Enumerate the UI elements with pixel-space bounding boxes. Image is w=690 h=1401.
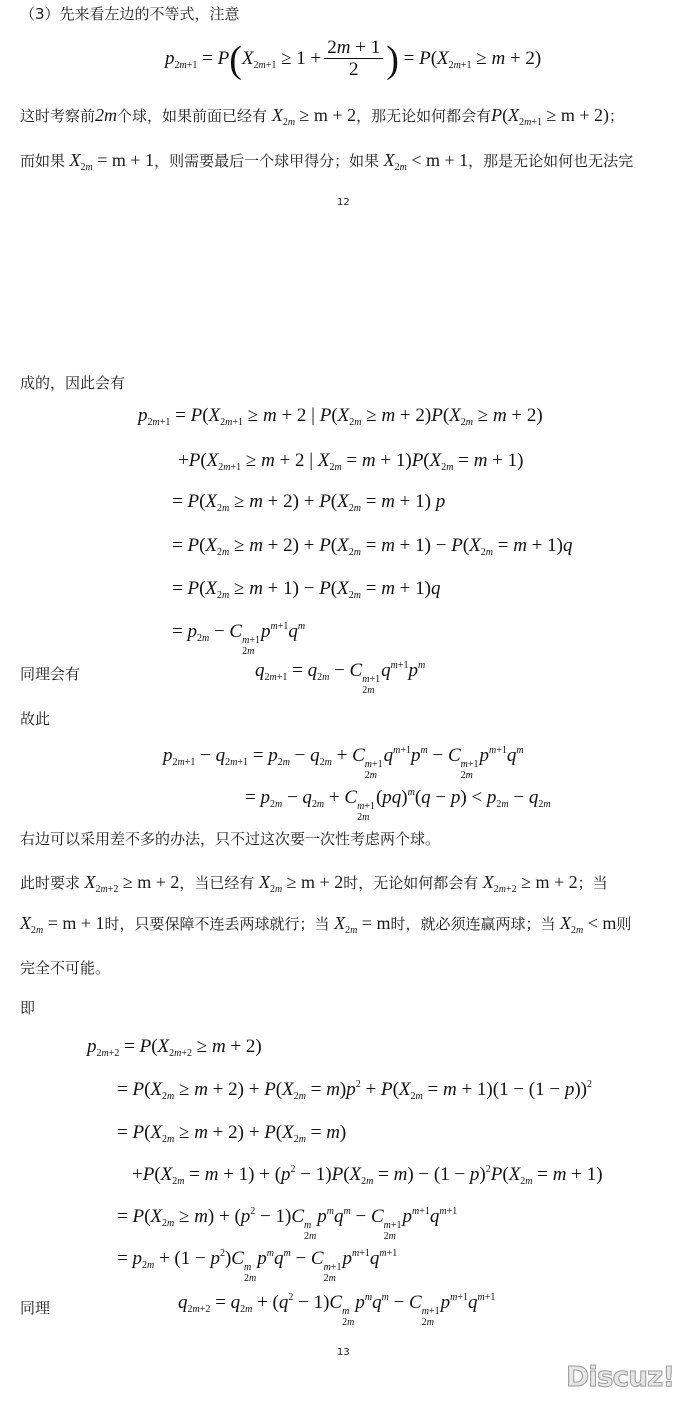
derivation-line-1: p2m+1 = P(X2m+1 ≥ m + 2 | P(X2m ≥ m + 2)… [138,405,543,427]
condition-line-1: 此时要求 X2m+2 ≥ m + 2，当已经有 X2m ≥ m + 2时，无论如… [20,872,608,893]
discuz-watermark: Discuz! [566,1360,674,1393]
derivation-line-6: = p2m − Cm+12mpm+1qm [172,621,305,657]
derivation-line-2: +P(X2m+1 ≥ m + 2 | X2m = m + 1)P(X2m = m… [178,450,523,472]
equation-q-2m-plus-2: q2m+2 = q2m + (q2 − 1)Cm2mpmqm − Cm+12mp… [178,1292,495,1328]
equation-p-2m-plus-1: p2m+1 = P(X2m+1 ≥ 1 +2m + 12) = P(X2m+1 … [165,38,541,82]
derivation2-line-4: +P(X2m = m + 1) + (p2 − 1)P(X2m = m) − (… [132,1164,603,1186]
continuation-text: 成的，因此会有 [20,372,125,393]
page-number-12: 12 [337,197,350,208]
derivation2-line-5: = P(X2m ≥ m) + (p2 − 1)Cm2mpmqm − Cm+12m… [117,1206,457,1242]
condition-line-3: 完全不可能。 [20,957,110,978]
hence-label: 故此 [20,708,50,729]
derivation2-line-6: = p2m + (1 − p2)Cm2mpmqm − Cm+12mpm+1qm+… [117,1248,397,1284]
derivation-line-5: = P(X2m ≥ m + 1) − P(X2m = m + 1)q [172,578,440,600]
paragraph-last-ball: 而如果 X2m = m + 1，则需要最后一个球甲得分；如果 X2m < m +… [20,150,633,171]
derivation2-line-3: = P(X2m ≥ m + 2) + P(X2m = m) [117,1122,346,1144]
difference-equation-line-2: = p2m − q2m + Cm+12m(pq)m(q − p) < p2m −… [245,787,551,823]
derivation2-line-1: p2m+2 = P(X2m+2 ≥ m + 2) [87,1036,262,1058]
difference-equation-line-1: p2m+1 − q2m+1 = p2m − q2m + Cm+12mqm+1pm… [163,745,524,781]
paragraph-consider-first-2m: 这时考察前2m个球，如果前面已经有 X2m ≥ m + 2，那无论如何都会有P(… [20,105,624,126]
derivation-line-4: = P(X2m ≥ m + 2) + P(X2m = m + 1) − P(X2… [172,535,572,557]
page-number-13: 13 [337,1347,350,1358]
similar-label: 同理会有 [20,663,80,684]
equation-q-2m-plus-1: q2m+1 = q2m − Cm+12mqm+1pm [255,660,425,696]
condition-line-2: X2m = m + 1时，只要保障不连丢两球就行；当 X2m = m时，就必须连… [20,913,631,934]
derivation-line-3: = P(X2m ≥ m + 2) + P(X2m = m + 1) p [172,491,445,513]
derivation2-line-2: = P(X2m ≥ m + 2) + P(X2m = m)p2 + P(X2m … [117,1079,592,1101]
section-heading: （3）先来看左边的不等式，注意 [20,3,240,24]
ji-label: 即 [20,997,35,1018]
similar2-label: 同理 [20,1297,50,1318]
right-side-intro: 右边可以采用差不多的办法，只不过这次要一次性考虑两个球。 [20,828,440,849]
